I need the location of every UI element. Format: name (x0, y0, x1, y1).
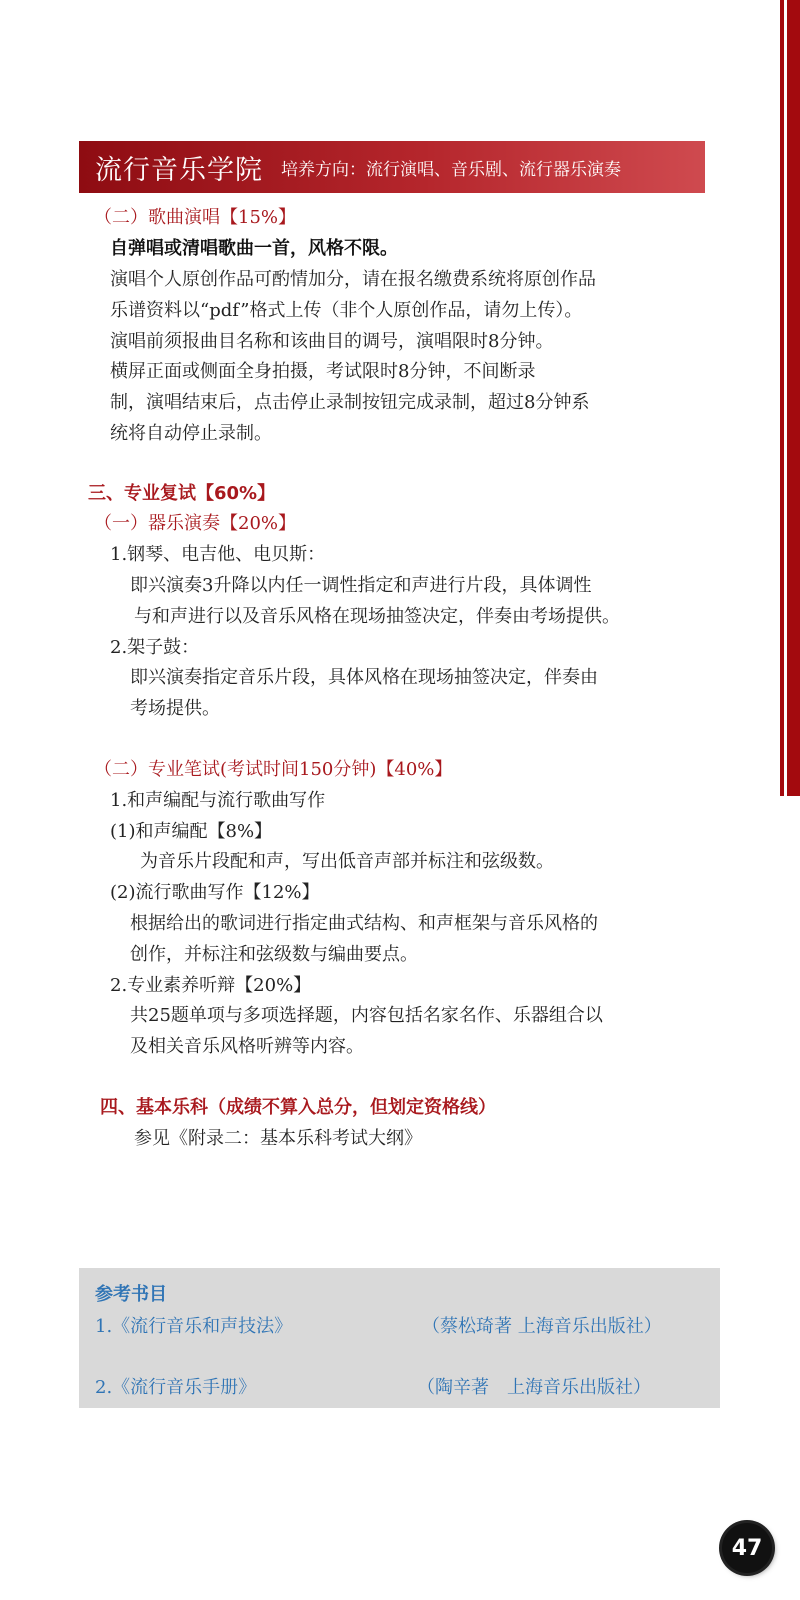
written-sub2-line: 根据给出的歌词进行指定曲式结构、和声框架与音乐风格的 (130, 912, 598, 936)
written-sub2-title: (2)流行歌曲写作【12%】 (110, 881, 320, 905)
written-heading: （二）专业笔试(考试时间150分钟)【40%】 (94, 758, 452, 782)
written-item2-line: 及相关音乐风格听辨等内容。 (130, 1035, 364, 1059)
singing-line: 演唱前须报曲目名称和该曲目的调号，演唱限时8分钟。 (110, 330, 553, 354)
retest-heading: 三、专业复试【60%】 (88, 482, 275, 506)
written-sub1-title: (1)和声编配【8%】 (110, 820, 272, 844)
college-banner: 流行音乐学院 培养方向：流行演唱、音乐剧、流行器乐演奏 (79, 141, 705, 193)
page-number-badge: 47 (722, 1523, 772, 1573)
written-item2-title: 2.专业素养听辩【20%】 (110, 974, 311, 998)
written-item2-line: 共25题单项与多项选择题，内容包括名家名作、乐器组合以 (130, 1004, 603, 1028)
reference-title: 参考书目 (95, 1280, 167, 1306)
singing-heading: （二）歌曲演唱【15%】 (94, 206, 296, 230)
banner-subtitle: 培养方向：流行演唱、音乐剧、流行器乐演奏 (281, 155, 621, 180)
instrumental-item1-line: 即兴演奏3升降以内任一调性指定和声进行片段，具体调性 (130, 574, 591, 598)
instrumental-item2-line: 考场提供。 (130, 697, 220, 721)
singing-line: 制，演唱结束后，点击停止录制按钮完成录制，超过8分钟系 (110, 391, 589, 415)
singing-line: 横屏正面或侧面全身拍摄，考试限时8分钟，不间断录 (110, 360, 535, 384)
written-sub2-line: 创作，并标注和弦级数与编曲要点。 (130, 943, 418, 967)
singing-line: 演唱个人原创作品可酌情加分，请在报名缴费系统将原创作品 (110, 268, 596, 292)
decorative-bar-thick (787, 0, 800, 796)
reference-box: 参考书目 1.《流行音乐和声技法》 （蔡松琦著 上海音乐出版社） 2.《流行音乐… (79, 1268, 720, 1408)
instrumental-heading: （一）器乐演奏【20%】 (94, 512, 296, 536)
instrumental-item2-title: 2.架子鼓： (110, 636, 199, 660)
reference-book: 1.《流行音乐和声技法》 (95, 1312, 292, 1338)
instrumental-item2-line: 即兴演奏指定音乐片段，具体风格在现场抽签决定，伴奏由 (130, 666, 598, 690)
instrumental-item1-line: 与和声进行以及音乐风格在现场抽签决定，伴奏由考场提供。 (134, 605, 620, 629)
singing-line: 乐谱资料以“pdf”格式上传（非个人原创作品，请勿上传）。 (110, 299, 582, 323)
basic-line: 参见《附录二：基本乐科考试大纲》 (134, 1127, 422, 1151)
singing-line: 统将自动停止录制。 (110, 422, 272, 446)
page-number: 47 (732, 1536, 763, 1561)
written-item1-title: 1.和声编配与流行歌曲写作 (110, 789, 325, 813)
decorative-bar-thin (780, 0, 784, 796)
reference-source: （陶辛著 上海音乐出版社） (417, 1373, 651, 1399)
instrumental-item1-title: 1.钢琴、电吉他、电贝斯： (110, 543, 325, 567)
banner-title: 流行音乐学院 (95, 148, 263, 187)
written-sub1-line: 为音乐片段配和声，写出低音声部并标注和弦级数。 (140, 850, 554, 874)
singing-lead: 自弹唱或清唱歌曲一首，风格不限。 (110, 237, 398, 261)
reference-book: 2.《流行音乐手册》 (95, 1373, 256, 1399)
reference-source: （蔡松琦著 上海音乐出版社） (422, 1312, 662, 1338)
basic-heading: 四、基本乐科（成绩不算入总分，但划定资格线） (100, 1096, 496, 1120)
